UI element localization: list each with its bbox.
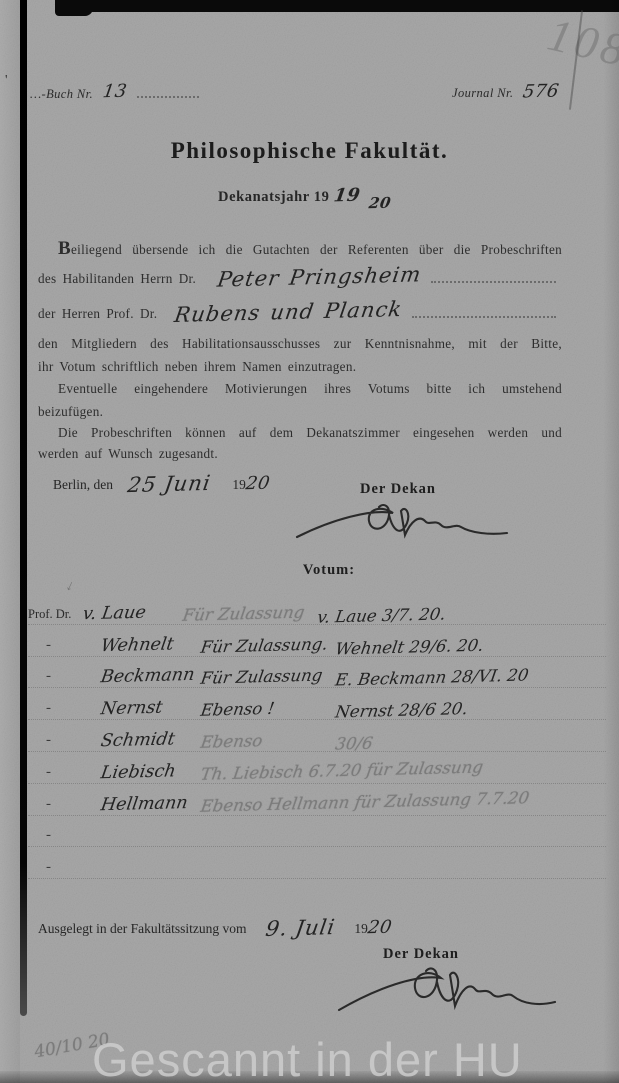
- journal-number-value: 576: [521, 81, 560, 103]
- votum-vote-text: Für Zulassung: [199, 666, 338, 690]
- votum-professor-name: Wehnelt: [99, 633, 203, 657]
- journal-number-field: Journal Nr. 576: [452, 81, 559, 102]
- habilitand-label: des Habilitanden Herrn Dr.: [38, 271, 196, 287]
- votum-signature-date: v. Laue 3/7. 20.: [316, 600, 608, 628]
- votum-vote-text: Ebenso !: [199, 697, 338, 721]
- habilitand-name-hw: Peter Pringsheim: [216, 262, 423, 291]
- votum-heading: Votum:: [0, 562, 619, 579]
- body-line-4: den Mitgliedern des Habilitationsausschu…: [38, 336, 562, 352]
- votum-row-lead: Prof. Dr.: [28, 607, 83, 624]
- votum-signature-date: Nernst 28/6 20.: [334, 696, 608, 723]
- votum-row-lead: -: [28, 796, 101, 815]
- votum-signature-date: 30/6: [334, 727, 608, 754]
- ausgelegt-date-hw: 9. Juli: [264, 915, 337, 941]
- date-line: Berlin, den 25 Juni 1920: [53, 470, 270, 494]
- votum-professor-name: [101, 876, 202, 880]
- votum-row: -: [28, 816, 606, 848]
- scanned-document-page: ' …-Buch Nr. 13 Journal Nr. 576 108 Phil…: [0, 0, 619, 1083]
- votum-row-lead: -: [28, 732, 101, 751]
- dekanatsjahr-year2-hw: 20: [368, 194, 393, 213]
- votum-row: - Wehnelt Für Zulassung. Wehnelt 29/6. 2…: [28, 625, 606, 657]
- date-value-hw: 25 Juni: [126, 471, 213, 497]
- votum-professor-name: Nernst: [99, 697, 203, 721]
- votum-row-lead: -: [28, 859, 101, 878]
- dotted-fill-line: [412, 315, 556, 318]
- votum-table: Prof. Dr. v. Laue Für Zulassung v. Laue …: [28, 593, 606, 879]
- body-line-6: Eventuelle eingehendere Motivierungen ih…: [38, 381, 562, 397]
- votum-row-lead: -: [28, 668, 101, 687]
- referees-label: der Herren Prof. Dr.: [38, 306, 157, 322]
- journal-number-label: Journal Nr.: [452, 86, 513, 100]
- votum-professor-name: Hellmann: [99, 792, 203, 816]
- votum-vote-text: Für Zulassung.: [199, 634, 338, 658]
- dotted-fill-line: [431, 280, 556, 283]
- votum-signature-date: E. Beckmann 28/VI. 20: [334, 664, 608, 691]
- dekanatsjahr-year-hw: 19: [332, 185, 361, 207]
- ausgelegt-label: Ausgelegt in der Fakultätssitzung vom: [38, 921, 246, 936]
- stray-mark: ': [5, 73, 8, 89]
- referees-field: der Herren Prof. Dr. Rubens und Planck: [38, 298, 562, 322]
- body-line-5: ihr Votum schriftlich neben ihrem Namen …: [38, 359, 562, 375]
- votum-signature-date: Wehnelt 29/6. 20.: [334, 632, 608, 659]
- votum-row-lead: -: [28, 700, 101, 719]
- faculty-title: Philosophische Fakultät.: [0, 138, 619, 164]
- dotted-fill-line: [137, 95, 199, 98]
- dean-signature-1: [293, 497, 518, 552]
- ausgelegt-year-hw: 20: [366, 917, 393, 939]
- votum-signature-date: [335, 874, 606, 882]
- votum-professor-name: v. Laue: [81, 601, 185, 625]
- body-line-7: beizufügen.: [38, 404, 562, 420]
- votum-row: - Liebisch Th. Liebisch 6.7.20 für Zulas…: [28, 752, 606, 784]
- scan-top-black-bar: [55, 0, 619, 12]
- date-year-hw: 20: [244, 473, 271, 495]
- dean-signature-2: [335, 958, 560, 1036]
- habilitand-field: des Habilitanden Herrn Dr. Peter Pringsh…: [38, 263, 562, 287]
- votum-professor-name: Schmidt: [99, 729, 203, 753]
- votum-professor-name: Liebisch: [99, 760, 203, 784]
- votum-row: -: [28, 847, 606, 879]
- body-line-8: Die Probeschriften können auf dem Dekana…: [38, 425, 562, 441]
- book-number-field: …-Buch Nr. 13: [30, 81, 205, 102]
- votum-row-lead: -: [28, 637, 101, 656]
- votum-row-lead: -: [28, 764, 101, 783]
- votum-row: - Beckmann Für Zulassung E. Beckmann 28/…: [28, 657, 606, 689]
- book-number-label: …-Buch Nr.: [30, 87, 93, 102]
- votum-vote-text: Für Zulassung: [181, 602, 320, 626]
- referees-names-hw: Rubens und Planck: [173, 297, 404, 327]
- body-line-9: werden auf Wunsch zugesandt.: [38, 446, 562, 462]
- votum-vote-text: [201, 875, 337, 880]
- dekanatsjahr-line: Dekanatsjahr 19 19 20: [218, 185, 386, 206]
- date-year-printed: 19: [232, 477, 246, 492]
- votum-row: - Hellmann Ebenso Hellmann für Zulassung…: [28, 784, 606, 816]
- votum-vote-text: Ebenso: [199, 729, 338, 753]
- dekanatsjahr-label: Dekanatsjahr 19: [218, 189, 329, 205]
- votum-row-lead: -: [28, 827, 101, 846]
- votum-professor-name: Beckmann: [99, 665, 203, 689]
- body-line-1: Beiliegend übersende ich die Gutachten d…: [38, 238, 562, 260]
- votum-vote-text: Th. Liebisch 6.7.20 für Zulassung: [199, 761, 338, 785]
- votum-row: - Nernst Ebenso ! Nernst 28/6 20.: [28, 688, 606, 720]
- votum-row: Prof. Dr. v. Laue Für Zulassung v. Laue …: [28, 593, 606, 625]
- book-number-value: 13: [101, 81, 128, 103]
- votum-row: - Schmidt Ebenso 30/6: [28, 720, 606, 752]
- fakultaetssitzung-line: Ausgelegt in der Fakultätssitzung vom 9.…: [38, 914, 392, 938]
- scan-black-blob: [55, 0, 93, 16]
- votum-vote-text: Ebenso Hellmann für Zulassung 7.7.20: [199, 793, 338, 817]
- date-label: Berlin, den: [53, 477, 113, 492]
- dean-label-1: Der Dekan: [360, 481, 436, 498]
- hu-scan-watermark: Gescannt in der HU: [92, 1032, 523, 1083]
- ausgelegt-year-printed: 19: [354, 921, 368, 936]
